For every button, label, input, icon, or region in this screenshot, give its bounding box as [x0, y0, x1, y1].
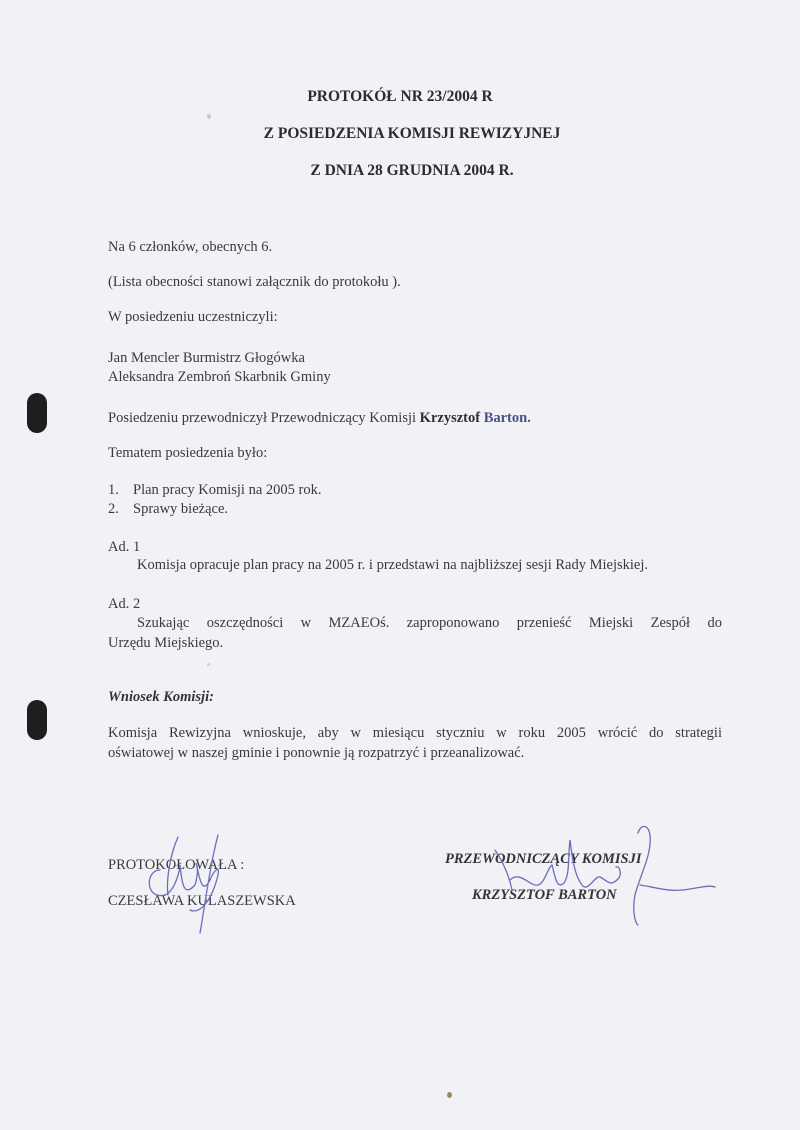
ad2-heading: Ad. 2	[108, 596, 140, 613]
chair-prefix: Posiedzeniu przewodniczył Przewodniczący…	[108, 410, 420, 426]
conclusion-heading: Wniosek Komisji:	[108, 689, 214, 706]
ad2-line: Urzędu Miejskiego.	[108, 633, 722, 653]
participant: Jan Mencler Burmistrz Głogówka	[108, 350, 305, 367]
document-title: PROTOKÓŁ NR 23/2004 R	[0, 88, 800, 106]
agenda-item-number: 1.	[108, 482, 119, 498]
chair-statement: Posiedzeniu przewodniczył Przewodniczący…	[108, 410, 531, 427]
agenda-item-number: 2.	[108, 501, 119, 517]
agenda-item-text: Plan pracy Komisji na 2005 rok.	[133, 482, 321, 499]
participants-label: W posiedzeniu uczestniczyli:	[108, 309, 278, 326]
agenda-item-text: Sprawy bieżące.	[133, 501, 228, 518]
scan-speck	[207, 663, 210, 666]
ad1-heading: Ad. 1	[108, 539, 140, 556]
agenda-item: 1. Plan pracy Komisji na 2005 rok.	[108, 482, 119, 499]
document-date: Z DNIA 28 GRUDNIA 2004 R.	[12, 162, 800, 180]
ad2-line: Szukając oszczędności w MZAEOś. zapropon…	[108, 613, 722, 633]
scan-speck	[207, 114, 211, 119]
conclusion-text: Komisja Rewizyjna wnioskuje, aby w miesi…	[108, 723, 722, 763]
conclusion-line: oświatowej w naszej gminie i ponownie ją…	[108, 743, 722, 763]
chair-signature	[490, 815, 720, 925]
ad2-text: Szukając oszczędności w MZAEOś. zapropon…	[108, 613, 722, 653]
agenda-label: Tematem posiedzenia było:	[108, 445, 267, 462]
punch-hole-bottom	[27, 700, 47, 740]
punch-hole-top	[27, 393, 47, 433]
document-subtitle: Z POSIEDZENIA KOMISJI REWIZYJNEJ	[12, 125, 800, 143]
chair-last-name: Barton.	[484, 410, 531, 426]
agenda-item: 2. Sprawy bieżące.	[108, 501, 119, 518]
ad1-text: Komisja opracuje plan pracy na 2005 r. i…	[137, 557, 648, 574]
recorder-signature	[140, 825, 240, 935]
members-count: Na 6 członków, obecnych 6.	[108, 239, 272, 256]
scan-speck	[447, 1092, 452, 1098]
chair-first-name: Krzysztof	[420, 410, 480, 426]
conclusion-line: Komisja Rewizyjna wnioskuje, aby w miesi…	[108, 723, 722, 743]
participant: Aleksandra Zembroń Skarbnik Gminy	[108, 369, 331, 386]
attendance-list-note: (Lista obecności stanowi załącznik do pr…	[108, 274, 401, 291]
scanned-document-page: PROTOKÓŁ NR 23/2004 R Z POSIEDZENIA KOMI…	[0, 0, 800, 1130]
